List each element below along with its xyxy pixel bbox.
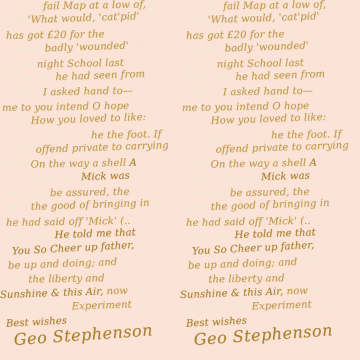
handwriting-segment: now xyxy=(103,285,128,297)
handwriting-segment: ras xyxy=(311,299,331,311)
handwriting-segment: ease xyxy=(4,160,31,171)
handwriting-segment: state xyxy=(182,202,211,214)
handwriting-segment: follow me xyxy=(2,72,56,85)
handwriting-segment: on xyxy=(314,239,331,251)
handwriting-segment: i xyxy=(129,100,136,111)
handwriting-segment: we ted, xyxy=(2,1,43,13)
handwriting-segment: I pulled xyxy=(2,44,45,56)
handwriting-segment: badly 'wounded' xyxy=(225,41,309,55)
handwriting-segment: — xyxy=(169,140,179,151)
handwriting-segment: night School last xyxy=(37,57,124,70)
handwriting-segment: night School last xyxy=(217,57,304,70)
handwriting-segment: on xyxy=(134,239,151,251)
handwriting-segment: he had seen from xyxy=(55,69,145,83)
handwriting-segment: is before, the xyxy=(180,302,252,315)
handwriting-segment: 'What would, 'cat'pid' xyxy=(28,12,140,27)
handwriting-segment: follow me xyxy=(182,72,236,85)
handwriting-segment: i say 'not' xyxy=(2,230,55,243)
handwriting-segment: he had seen from xyxy=(235,69,325,83)
handwriting-segment: me— xyxy=(194,88,223,100)
handwriting-segment: the good of bringing in xyxy=(31,198,150,213)
handwriting-segment: Mick was xyxy=(81,170,130,183)
handwriting-tile: we ted, fail Map at a low of, Aed 'What … xyxy=(180,0,360,360)
handwriting-segment: did xyxy=(128,40,148,52)
handwriting-segment: ras xyxy=(128,285,148,297)
handwriting-segment: man' head but xyxy=(4,172,81,186)
handwriting-segment: ed the xyxy=(180,145,216,157)
handwriting-segment: ras xyxy=(308,285,328,297)
handwriting-segment: man' head but xyxy=(184,172,261,186)
handwriting-segment: did. xyxy=(188,116,211,128)
handwriting-segment: ! xyxy=(304,57,312,68)
handwriting-segment: me— xyxy=(14,88,43,100)
handwriting-segment: ed the xyxy=(0,145,36,157)
handwriting-segment: Fr xyxy=(104,29,119,40)
handwriting-segment: , the foot xyxy=(0,188,50,200)
handwriting-segment: offend private to carrying xyxy=(36,140,169,156)
handwriting-segment: ease xyxy=(184,160,211,171)
handwriting-segment: rate xyxy=(184,275,209,286)
handwriting-segment: On the way a shell xyxy=(210,158,306,171)
handwriting-segment: badly 'wounded' xyxy=(45,41,129,55)
handwriting-segment: has got £20 for the xyxy=(6,29,105,42)
handwriting-segment: ed xyxy=(192,15,208,27)
handwriting-segment: the liberty and xyxy=(28,274,104,286)
handwriting-segment: did. xyxy=(8,116,31,128)
handwriting-segment: — xyxy=(349,140,359,151)
handwriting-segment: is before, the xyxy=(0,302,72,315)
handwriting-segment: On the way a shell xyxy=(30,158,126,171)
handwriting-segment: Fr xyxy=(284,29,299,40)
handwriting-segment: mi xyxy=(329,198,346,210)
handwriting-segment: A xyxy=(126,158,137,169)
handwriting-segment: we ted, xyxy=(182,1,223,13)
handwriting-tile: we ted, fail Map at a low of, Aed 'What … xyxy=(0,0,180,360)
handwriting-segment: the good of bringing in xyxy=(211,198,330,213)
handwriting-segment: i xyxy=(309,100,316,111)
scrapbook-paper: we ted, fail Map at a low of, Aed 'What … xyxy=(0,0,360,360)
handwriting-segment: I pulled xyxy=(182,44,225,56)
handwriting-segment: Old at xyxy=(2,59,37,71)
handwriting-segment: i say 'not' xyxy=(182,230,235,243)
handwriting-segment: Sunshine & this Air, xyxy=(180,286,284,301)
handwriting-segment: CO xyxy=(297,256,317,268)
handwriting-segment: offend private to carrying xyxy=(216,140,349,156)
handwriting-segment: we realizing who xyxy=(180,130,271,143)
handwriting-segment: the liberty and xyxy=(208,274,284,286)
handwriting-segment: has got £20 for the xyxy=(186,29,285,42)
handwriting-segment: ed xyxy=(12,15,28,27)
handwriting-segment: state xyxy=(2,202,31,214)
handwriting-segment: I asked hand to— xyxy=(43,86,133,99)
handwriting-segment: Sunshine & this Air, xyxy=(0,286,103,301)
handwriting-segment: A xyxy=(306,158,317,169)
handwriting-segment: CO xyxy=(117,256,137,268)
handwriting-segment: rate xyxy=(4,275,29,286)
handwriting-segment: we realizing who xyxy=(0,130,91,143)
handwriting-segment: Mick was xyxy=(261,170,310,183)
handwriting-segment: ! xyxy=(124,57,132,68)
handwriting-segment: How you loved to like: xyxy=(31,112,147,127)
handwriting-segment: did xyxy=(308,40,328,52)
handwriting-segment: , the foot xyxy=(180,188,230,200)
handwriting-segment: Old at xyxy=(182,59,217,71)
handwriting-segment: How you loved to like: xyxy=(211,112,327,127)
handwriting-segment: now xyxy=(283,285,308,297)
handwriting-segment: ras xyxy=(131,299,151,311)
handwriting-segment: mi xyxy=(149,198,166,210)
handwriting-segment: I asked hand to— xyxy=(223,86,313,99)
handwriting-segment: 'What would, 'cat'pid' xyxy=(208,12,320,27)
handwriting-segment: be up and doing; and xyxy=(188,257,298,272)
handwriting-segment: be up and doing; and xyxy=(8,257,118,272)
